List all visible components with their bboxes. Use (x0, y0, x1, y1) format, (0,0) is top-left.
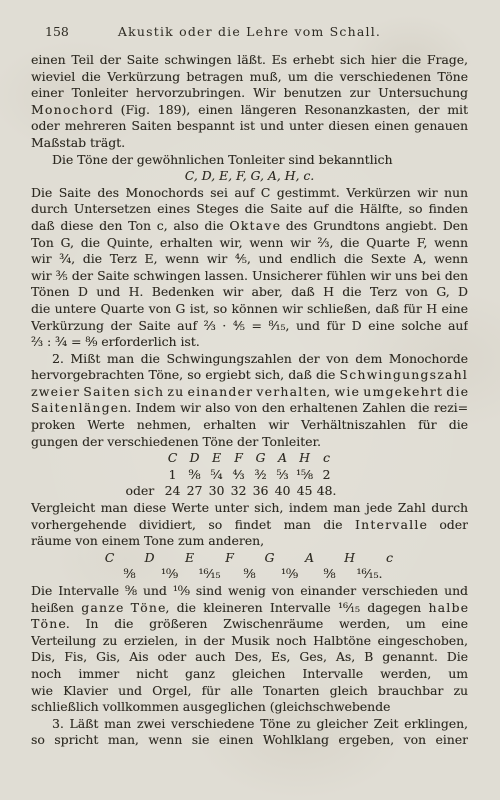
oder-label: oder (126, 483, 155, 500)
table-cell: ¹⁶⁄₁₅. (350, 566, 390, 583)
table-cell: A (272, 450, 294, 467)
text-line: ²⁄₃ : ³⁄₄ = ⁸⁄₉ erforderlich ist. (31, 334, 468, 351)
table-cell: 27 (184, 483, 206, 500)
text-line: Maßstab trägt. (31, 135, 468, 152)
table-cell: 2 (316, 467, 338, 484)
scale-table-ratios-row: 1 ⁹⁄₈ ⁵⁄₄ ⁴⁄₃ ³⁄₂ ⁵⁄₃ ¹⁵⁄₈ 2 (31, 467, 468, 484)
table-cell: ¹⁰⁄₉ (270, 566, 310, 583)
table-cell: C (90, 550, 130, 567)
text-line: einer Tonleiter hervorzubringen. Wir ben… (31, 85, 468, 102)
text-line: 2. Mißt man die Schwingungszahlen der vo… (31, 351, 468, 368)
scale-notes-line: C, D, E, F, G, A, H, c. (31, 168, 468, 185)
intervals-table: C D E F G A H c ⁹⁄₈ ¹⁰⁄₉ ¹⁶⁄₁₅ ⁹⁄₈ ¹⁰⁄₉ … (31, 550, 468, 583)
page-body: einen Teil der Saite schwingen läßt. Es … (31, 52, 468, 749)
table-cell: 36 (250, 483, 272, 500)
table-cell: ⁵⁄₃ (272, 467, 294, 484)
table-cell: H (294, 450, 316, 467)
table-cell: ³⁄₂ (250, 467, 272, 484)
table-cell: F (210, 550, 250, 567)
scale-table-notes-row: C D E F G A H c (31, 450, 468, 467)
text-line: 3. Läßt man zwei verschiedene Töne zu gl… (31, 716, 468, 733)
table-cell: E (170, 550, 210, 567)
text-line: heißen g a n z e T ö n e, die kleineren … (31, 600, 468, 617)
text-line: schließlich vollkommen ausgeglichen (gle… (31, 699, 468, 716)
text-line: T ö n e. In die größeren Zwischenräume w… (31, 616, 468, 633)
book-page: 158 Akustik oder die Lehre vom Schall. e… (0, 0, 500, 800)
table-cell: C (162, 450, 184, 467)
text-line: hervorgebrachten Töne, so ergiebt sich, … (31, 367, 468, 384)
text-line: einen Teil der Saite schwingen läßt. Es … (31, 52, 468, 69)
table-cell: ¹⁶⁄₁₅ (190, 566, 230, 583)
text-line: z w e i e r S a i t e n s i c h z u e i … (31, 384, 468, 401)
table-cell: ¹⁰⁄₉ (150, 566, 190, 583)
table-cell: 40 (272, 483, 294, 500)
table-cell: 30 (206, 483, 228, 500)
text-line: Vergleicht man diese Werte unter sich, i… (31, 500, 468, 517)
table-cell: c (370, 550, 410, 567)
text-line: Ton G, die Quinte, erhalten wir, wenn wi… (31, 235, 468, 252)
table-cell: ⁵⁄₄ (206, 467, 228, 484)
table-cell: 48. (316, 483, 338, 500)
table-cell: E (206, 450, 228, 467)
text-line: daß diese den Ton c, also die O k t a v … (31, 218, 468, 235)
table-cell: F (228, 450, 250, 467)
text-line: M o n o c h o r d (Fig. 189), einen läng… (31, 102, 468, 119)
text-line: vorhergehende dividiert, so findet man d… (31, 517, 468, 534)
text-line: gungen der verschiedenen Töne der Tonlei… (31, 434, 468, 451)
text-line: durch Untersetzen eines Steges die Saite… (31, 201, 468, 218)
text-line: proken Werte nehmen, erhalten wir Verhäl… (31, 417, 468, 434)
scale-table-values-row: oder 24 27 30 32 36 40 45 48. (31, 483, 468, 500)
table-cell: G (250, 550, 290, 567)
table-cell: 1 (162, 467, 184, 484)
table-cell: ⁹⁄₈ (184, 467, 206, 484)
table-cell: 45 (294, 483, 316, 500)
scale-table: C D E F G A H c 1 ⁹⁄₈ ⁵⁄₄ ⁴⁄₃ ³⁄₂ ⁵⁄₃ ¹⁵… (31, 450, 468, 500)
text-line: die untere Quarte von G ist, so können w… (31, 301, 468, 318)
text-line: räume von einem Tone zum anderen, (31, 533, 468, 550)
table-cell: ¹⁵⁄₈ (294, 467, 316, 484)
text-line: wie Klavier und Orgel, für alle Tonarten… (31, 683, 468, 700)
text-line: noch immer nicht ganz gleichen Intervall… (31, 666, 468, 683)
text-line: Dis, Fis, Gis, Ais oder auch Des, Es, Ge… (31, 649, 468, 666)
table-cell: D (184, 450, 206, 467)
text-line: S a i t e n l ä n g e n. Indem wir also … (31, 400, 468, 417)
page-number: 158 (45, 24, 69, 39)
table-cell: 24 (162, 483, 184, 500)
table-cell: H (330, 550, 370, 567)
table-cell: G (250, 450, 272, 467)
table-cell: c (316, 450, 338, 467)
text-line: Die Töne der gewöhnlichen Tonleiter sind… (31, 152, 468, 169)
text-line: wir ³⁄₅ der Saite schwingen lassen. Unsi… (31, 268, 468, 285)
table-cell: 32 (228, 483, 250, 500)
intervals-table-values-row: ⁹⁄₈ ¹⁰⁄₉ ¹⁶⁄₁₅ ⁹⁄₈ ¹⁰⁄₉ ⁹⁄₈ ¹⁶⁄₁₅. (31, 566, 468, 583)
text-line: wir ³⁄₄, die Terz E, wenn wir ⁴⁄₅, und e… (31, 251, 468, 268)
table-cell: ⁹⁄₈ (230, 566, 270, 583)
intervals-table-notes-row: C D E F G A H c (31, 550, 468, 567)
text-line: Die Saite des Monochords sei auf C gesti… (31, 185, 468, 202)
table-cell: ⁴⁄₃ (228, 467, 250, 484)
text-line: so spricht man, wenn sie einen Wohlklang… (31, 732, 468, 749)
page-header: 158 Akustik oder die Lehre vom Schall. (31, 24, 468, 40)
text-line: Die Intervalle ⁹⁄₈ und ¹⁰⁄₉ sind wenig v… (31, 583, 468, 600)
text-line: Tönen D und H. Bedenken wir aber, daß H … (31, 284, 468, 301)
table-cell: D (130, 550, 170, 567)
text-line: Verteilung zu erzielen, in der Musik noc… (31, 633, 468, 650)
text-line: oder mehreren Saiten bespannt ist und un… (31, 118, 468, 135)
text-line: Verkürzung der Saite auf ²⁄₃ · ⁴⁄₅ = ⁸⁄₁… (31, 318, 468, 335)
table-cell: A (290, 550, 330, 567)
table-cell: ⁹⁄₈ (310, 566, 350, 583)
text-line: wieviel die Verkürzung betragen muß, um … (31, 69, 468, 86)
table-cell: ⁹⁄₈ (110, 566, 150, 583)
running-title: Akustik oder die Lehre vom Schall. (118, 24, 381, 39)
